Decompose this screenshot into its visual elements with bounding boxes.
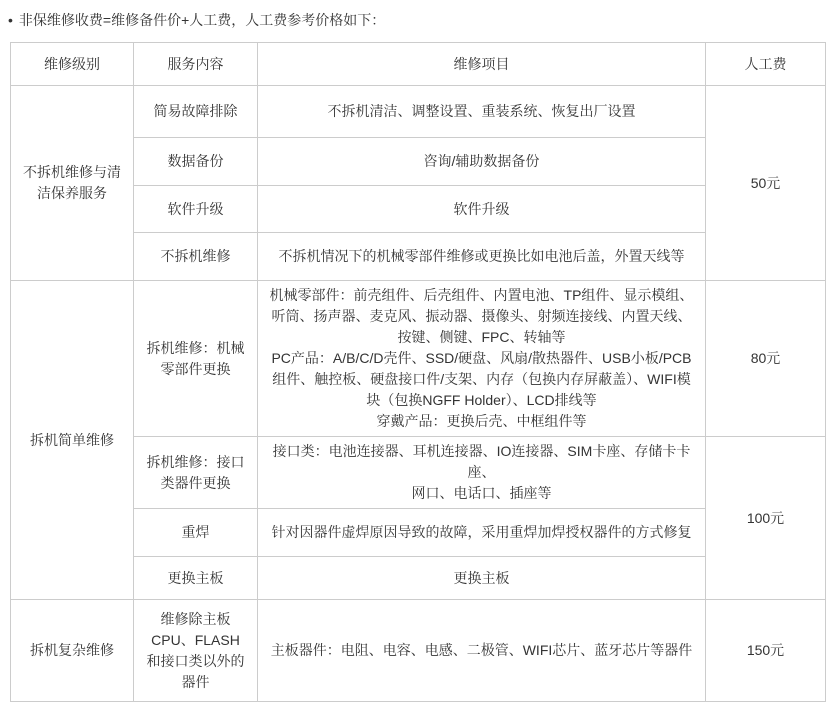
page: •非保维修收费=维修备件价+人工费，人工费参考价格如下： 维修级别 服务内容 维… — [0, 0, 835, 703]
repair-item-cell: 主板器件：电阻、电容、电感、二极管、WIFI芯片、蓝牙芯片等器件 — [258, 600, 706, 702]
repair-item-cell: 接口类：电池连接器、耳机连接器、IO连接器、SIM卡座、存储卡卡座、 网口、电话… — [258, 437, 706, 509]
service-content-cell: 更换主板 — [134, 557, 258, 600]
table-row: 更换主板更换主板 — [11, 557, 826, 600]
labor-fee-cell: 50元 — [706, 86, 826, 281]
labor-fee-cell: 100元 — [706, 437, 826, 600]
table-row: 不拆机维修不拆机情况下的机械零部件维修或更换比如电池后盖，外置天线等 — [11, 233, 826, 281]
service-content-cell: 维修除主板 CPU、FLASH 和接口类以外的 器件 — [134, 600, 258, 702]
repair-fee-table: 维修级别 服务内容 维修项目 人工费 不拆机维修与清 洁保养服务简易故障排除不拆… — [10, 42, 826, 702]
service-content-cell: 拆机维修：机械 零部件更换 — [134, 281, 258, 437]
column-header-labor-fee: 人工费 — [706, 43, 826, 86]
labor-fee-cell: 150元 — [706, 600, 826, 702]
column-header-repair-item: 维修项目 — [258, 43, 706, 86]
table-row: 拆机复杂维修维修除主板 CPU、FLASH 和接口类以外的 器件主板器件：电阻、… — [11, 600, 826, 702]
intro-text: 非保维修收费=维修备件价+人工费，人工费参考价格如下： — [19, 12, 385, 28]
repair-item-cell: 软件升级 — [258, 186, 706, 233]
table-row: 拆机简单维修拆机维修：机械 零部件更换机械零部件：前壳组件、后壳组件、内置电池、… — [11, 281, 826, 437]
column-header-service-content: 服务内容 — [134, 43, 258, 86]
repair-level-cell: 不拆机维修与清 洁保养服务 — [11, 86, 134, 281]
service-content-cell: 拆机维修：接口 类器件更换 — [134, 437, 258, 509]
repair-item-cell: 针对因器件虚焊原因导致的故障，采用重焊加焊授权器件的方式修复 — [258, 509, 706, 557]
service-content-cell: 软件升级 — [134, 186, 258, 233]
labor-fee-cell: 80元 — [706, 281, 826, 437]
header-row: 维修级别 服务内容 维修项目 人工费 — [11, 43, 826, 86]
intro-line: •非保维修收费=维修备件价+人工费，人工费参考价格如下： — [8, 10, 835, 30]
table-row: 数据备份咨询/辅助数据备份 — [11, 138, 826, 186]
table-row: 不拆机维修与清 洁保养服务简易故障排除不拆机清洁、调整设置、重装系统、恢复出厂设… — [11, 86, 826, 138]
table-row: 软件升级软件升级 — [11, 186, 826, 233]
table-row: 重焊针对因器件虚焊原因导致的故障，采用重焊加焊授权器件的方式修复 — [11, 509, 826, 557]
service-content-cell: 重焊 — [134, 509, 258, 557]
repair-item-cell: 不拆机情况下的机械零部件维修或更换比如电池后盖，外置天线等 — [258, 233, 706, 281]
fee-table-body: 不拆机维修与清 洁保养服务简易故障排除不拆机清洁、调整设置、重装系统、恢复出厂设… — [11, 86, 826, 702]
repair-item-cell: 更换主板 — [258, 557, 706, 600]
repair-item-cell: 不拆机清洁、调整设置、重装系统、恢复出厂设置 — [258, 86, 706, 138]
repair-level-cell: 拆机简单维修 — [11, 281, 134, 600]
bullet-icon: • — [8, 10, 13, 30]
repair-item-cell: 机械零部件：前壳组件、后壳组件、内置电池、TP组件、显示模组、听筒、扬声器、麦克… — [258, 281, 706, 437]
service-content-cell: 数据备份 — [134, 138, 258, 186]
repair-item-cell: 咨询/辅助数据备份 — [258, 138, 706, 186]
repair-level-cell: 拆机复杂维修 — [11, 600, 134, 702]
service-content-cell: 不拆机维修 — [134, 233, 258, 281]
table-row: 拆机维修：接口 类器件更换接口类：电池连接器、耳机连接器、IO连接器、SIM卡座… — [11, 437, 826, 509]
column-header-repair-level: 维修级别 — [11, 43, 134, 86]
service-content-cell: 简易故障排除 — [134, 86, 258, 138]
table-header: 维修级别 服务内容 维修项目 人工费 — [11, 43, 826, 86]
